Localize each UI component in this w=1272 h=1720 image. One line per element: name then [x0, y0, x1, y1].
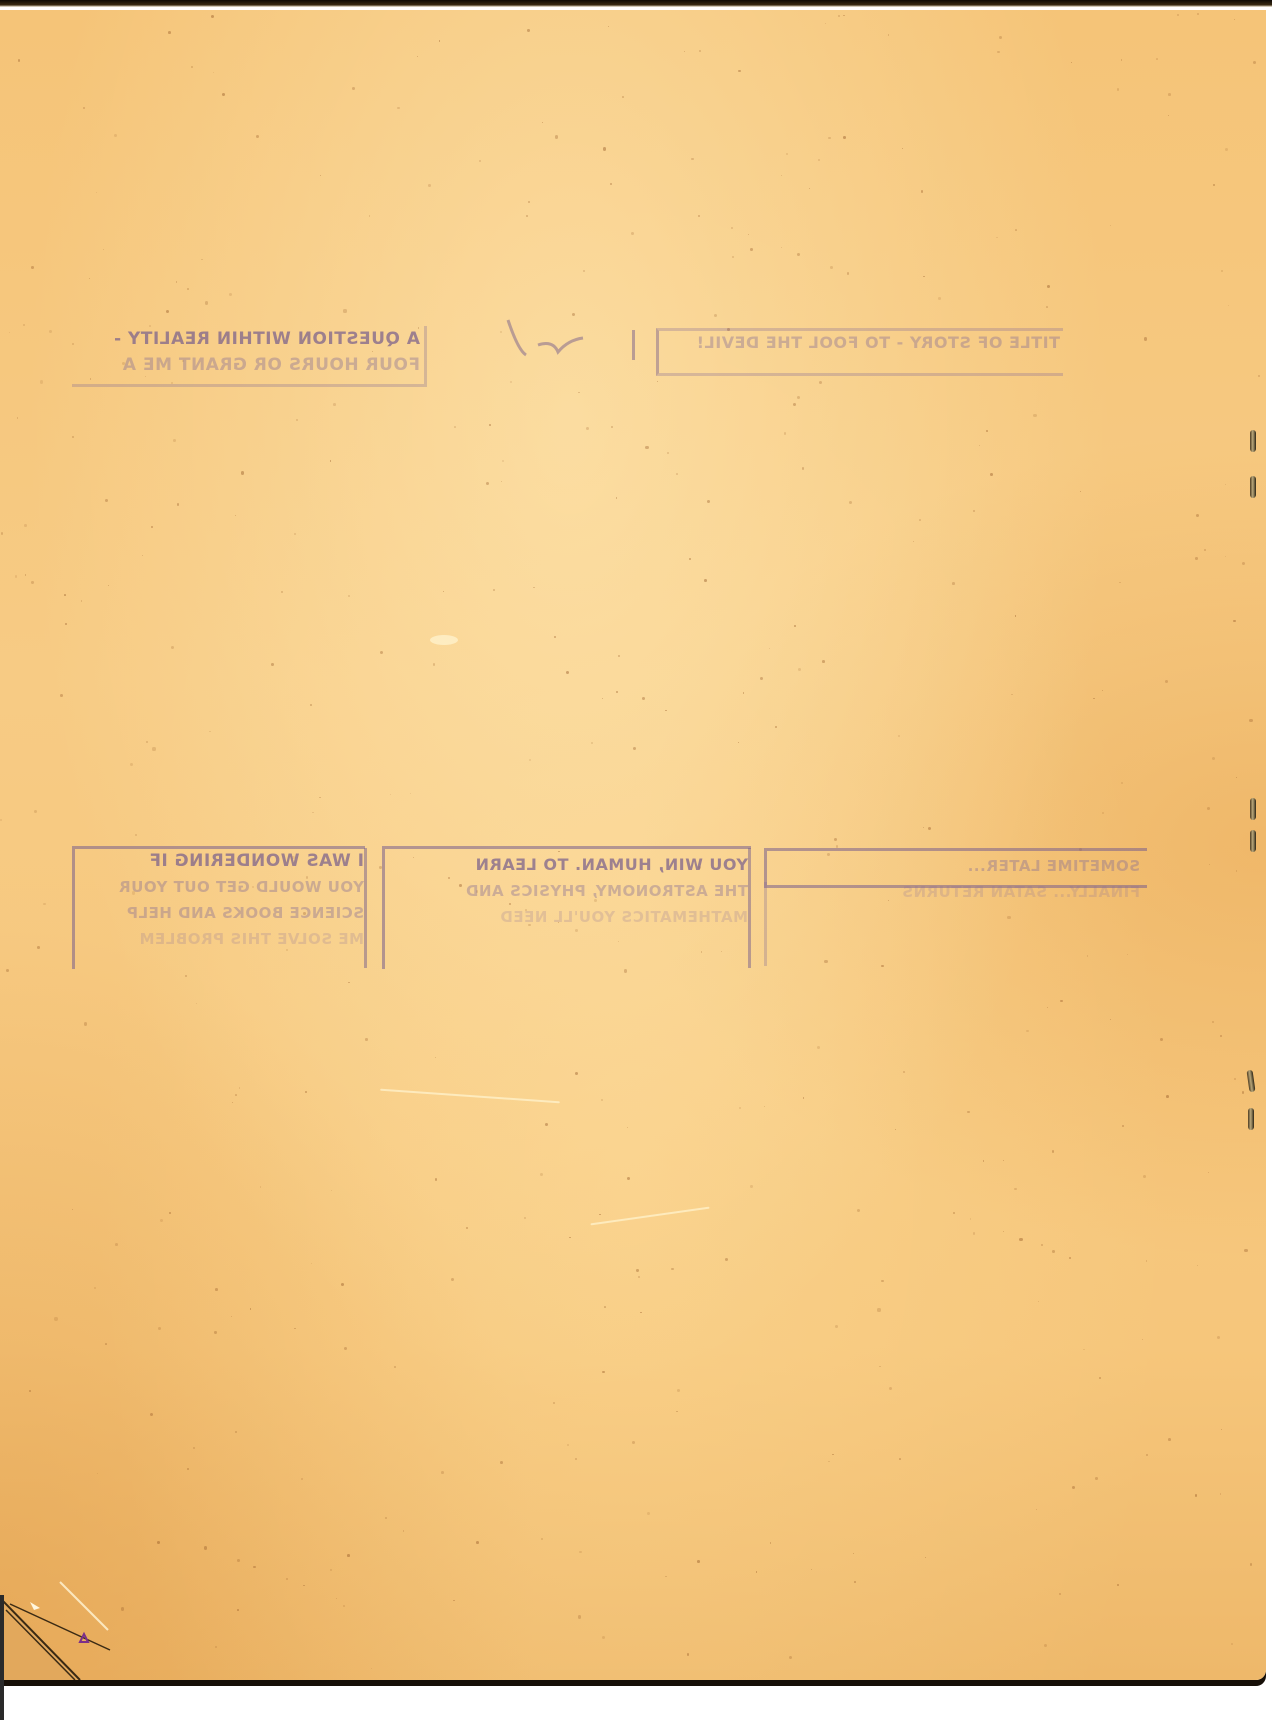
staple-icon	[1246, 1070, 1255, 1093]
paper-crease	[380, 1089, 560, 1104]
bleed-line: Title of story - to fool the devil!	[660, 330, 1060, 356]
bleed-squiggle-mark	[498, 310, 588, 360]
staple-icon	[1250, 476, 1256, 498]
staple-icon	[1250, 830, 1256, 852]
top-edge-shadow	[0, 0, 1272, 7]
bleed-line: the astronomy, physics and	[386, 878, 748, 904]
bleed-line: Finally... Satan returns	[770, 879, 1140, 905]
bleed-line: mathematics you'll need	[386, 904, 748, 930]
paper-dent	[430, 635, 458, 645]
bleed-panel-divider	[748, 848, 751, 968]
scanned-page: A question within reality - four hours o…	[0, 0, 1272, 1720]
bleed-caption-top-left: A question within reality - four hours o…	[80, 326, 420, 378]
bleed-line: I was wondering if	[76, 848, 364, 874]
bleed-line: You win, human. To learn	[386, 852, 748, 878]
folded-corner	[0, 1580, 130, 1680]
staple-icon	[1250, 430, 1256, 452]
bleed-line: you would get out your	[76, 874, 364, 900]
bleed-panel-divider	[364, 848, 367, 968]
bleed-line: A question within reality -	[80, 326, 420, 352]
bleed-line: Sometime later...	[770, 853, 1140, 879]
staple-icon	[1250, 798, 1256, 820]
staple-icon	[1248, 1108, 1254, 1130]
paper-crease	[590, 1207, 709, 1226]
bleed-line: science books and help	[76, 900, 364, 926]
bleed-line: me solve this problem	[76, 926, 364, 952]
bleed-caption-middle-center: You win, human. To learn the astronomy, …	[386, 852, 748, 930]
bleed-caption-top-right: Title of story - to fool the devil!	[660, 330, 1060, 356]
bleed-line: four hours or grant me a	[80, 352, 420, 378]
paper-sheet: A question within reality - four hours o…	[0, 10, 1266, 1680]
bleed-caption-middle-left: I was wondering if you would get out you…	[76, 848, 364, 952]
bleed-panel-divider	[632, 330, 635, 360]
scanner-edge	[0, 1595, 4, 1720]
bleed-caption-middle-right: Sometime later... Finally... Satan retur…	[770, 853, 1140, 905]
